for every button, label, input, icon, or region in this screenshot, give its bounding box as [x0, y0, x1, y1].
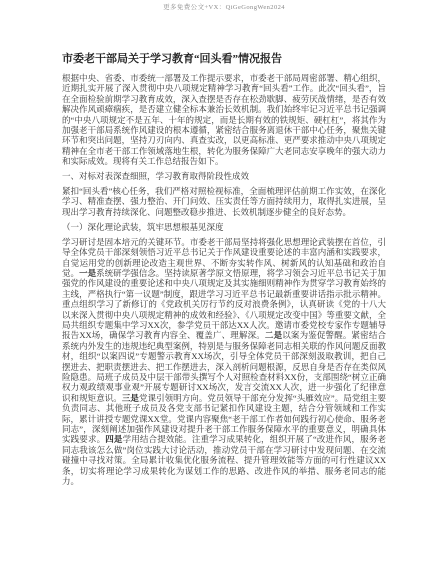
subsection-1-heading: （一）深化理论武装，筑牢思想根基见深度 [62, 222, 386, 232]
bold-marker-yishi: 一是 [79, 268, 96, 278]
bold-marker-ershi: 二是 [265, 330, 282, 340]
document-page: 更多免费公文+VX：QiGeGongWen2024 市委老干部局关于学习教育“回… [0, 0, 448, 580]
document-content: 市委老干部局关于学习教育“回头看”情况报告 根据中央、省委、市委统一部署及工作提… [0, 12, 448, 486]
section-1-paragraph: 紧扣“回头看”核心任务，我们严格对照检视标准，全面梳理评估前期工作实效，在深化学… [62, 186, 386, 217]
bold-marker-sishi: 四是 [105, 434, 122, 444]
paragraph-intro: 根据中央、省委、市委统一部署及工作提示要求，市委老干部局周密部署、精心组织，近期… [62, 73, 386, 167]
subsection-1-paragraph: 学习研讨是固本培元的关键环节。市委老干部局坚持将强化思想理论武装摆在首位，引导全… [62, 237, 386, 487]
watermark-header: 更多免费公文+VX：QiGeGongWen2024 [0, 0, 448, 12]
document-title: 市委老干部局关于学习教育“回头看”情况报告 [62, 53, 386, 66]
section-1-heading: 一、对标对表深查细照，学习教育取得阶段性成效 [62, 171, 386, 181]
bold-marker-sanshi: 三是 [122, 393, 139, 403]
